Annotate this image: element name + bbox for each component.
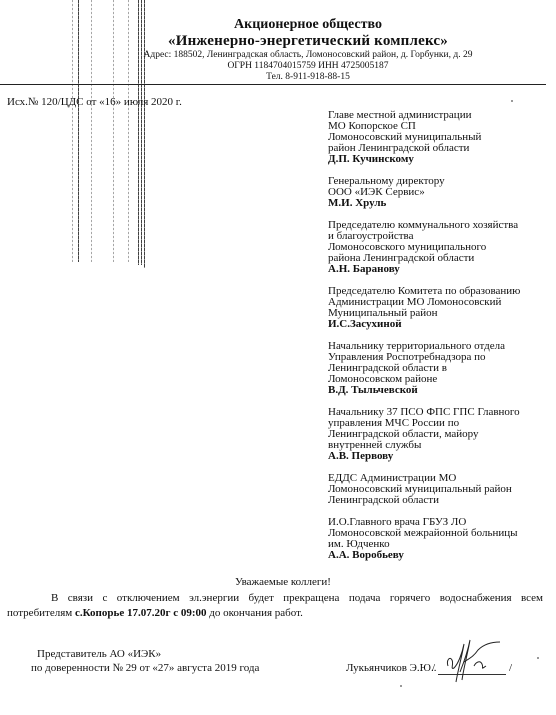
addressee-block: Председателю Комитета по образованиюАдми… xyxy=(328,286,554,330)
scan-speck xyxy=(511,100,513,102)
signer-name: Лукьянчиков Э.Ю.. xyxy=(346,662,436,674)
slash-left: / xyxy=(432,662,435,674)
body-emphasis: с.Копорье 17.07.20г с 09:00 xyxy=(75,607,207,619)
header-divider xyxy=(0,84,546,85)
addressee-name: М.И. Хруль xyxy=(328,198,554,209)
org-name: «Инженерно-энергетический комплекс» xyxy=(0,33,556,50)
addressee-name: А.В. Первову xyxy=(328,451,554,462)
org-type: Акционерное общество xyxy=(0,17,556,33)
addressee-name: Д.П. Кучинскому xyxy=(328,154,554,165)
handwritten-signature-icon xyxy=(440,636,510,686)
outgoing-reference: Исх.№ 120/ЦДС от «16» июля 2020 г. xyxy=(7,96,182,108)
greeting: Уважаемые коллеги! xyxy=(0,576,556,588)
addressee-block: Начальнику территориального отделаУправл… xyxy=(328,341,554,396)
representative-title: Представитель АО «ИЭК» xyxy=(37,648,161,660)
document-page: Акционерное общество «Инженерно-энергети… xyxy=(0,0,556,715)
addressee-name: А.Н. Баранову xyxy=(328,264,554,275)
addressee-block: Председателю коммунального хозяйстваи бл… xyxy=(328,220,554,275)
addressee-line: Ленинградской области xyxy=(328,495,554,506)
org-address: Адрес: 188502, Ленинградская область, Ло… xyxy=(0,50,556,60)
addressee-name: А.А. Воробьеву xyxy=(328,550,554,561)
proxy-reference: по доверенности № 29 от «27» августа 201… xyxy=(31,662,259,674)
addressee-block: Генеральному директоруООО «ИЭК Сервис»М.… xyxy=(328,176,554,209)
addressee-name: И.С.Засухиной xyxy=(328,319,554,330)
letter-body: В связи с отключением эл.энергии будет п… xyxy=(7,591,543,621)
addressee-block: И.О.Главного врача ГБУЗ ЛОЛомоносовской … xyxy=(328,517,554,561)
scan-speck xyxy=(537,657,539,659)
addressee-list: Главе местной администрацииМО Копорское … xyxy=(328,110,554,572)
addressee-block: Главе местной администрацииМО Копорское … xyxy=(328,110,554,165)
addressee-block: Начальнику 37 ПСО ФПС ГПС Главногоуправл… xyxy=(328,407,554,462)
addressee-block: ЕДДС Администрации МОЛомоносовский муниц… xyxy=(328,473,554,506)
org-ogrn-inn: ОГРН 1184704015759 ИНН 4725005187 xyxy=(0,61,556,71)
scan-speck xyxy=(400,685,402,687)
org-phone: Тел. 8-911-918-88-15 xyxy=(0,72,556,82)
body-part-2: до окончания работ. xyxy=(207,607,303,619)
addressee-name: В.Д. Тыльчевской xyxy=(328,385,554,396)
